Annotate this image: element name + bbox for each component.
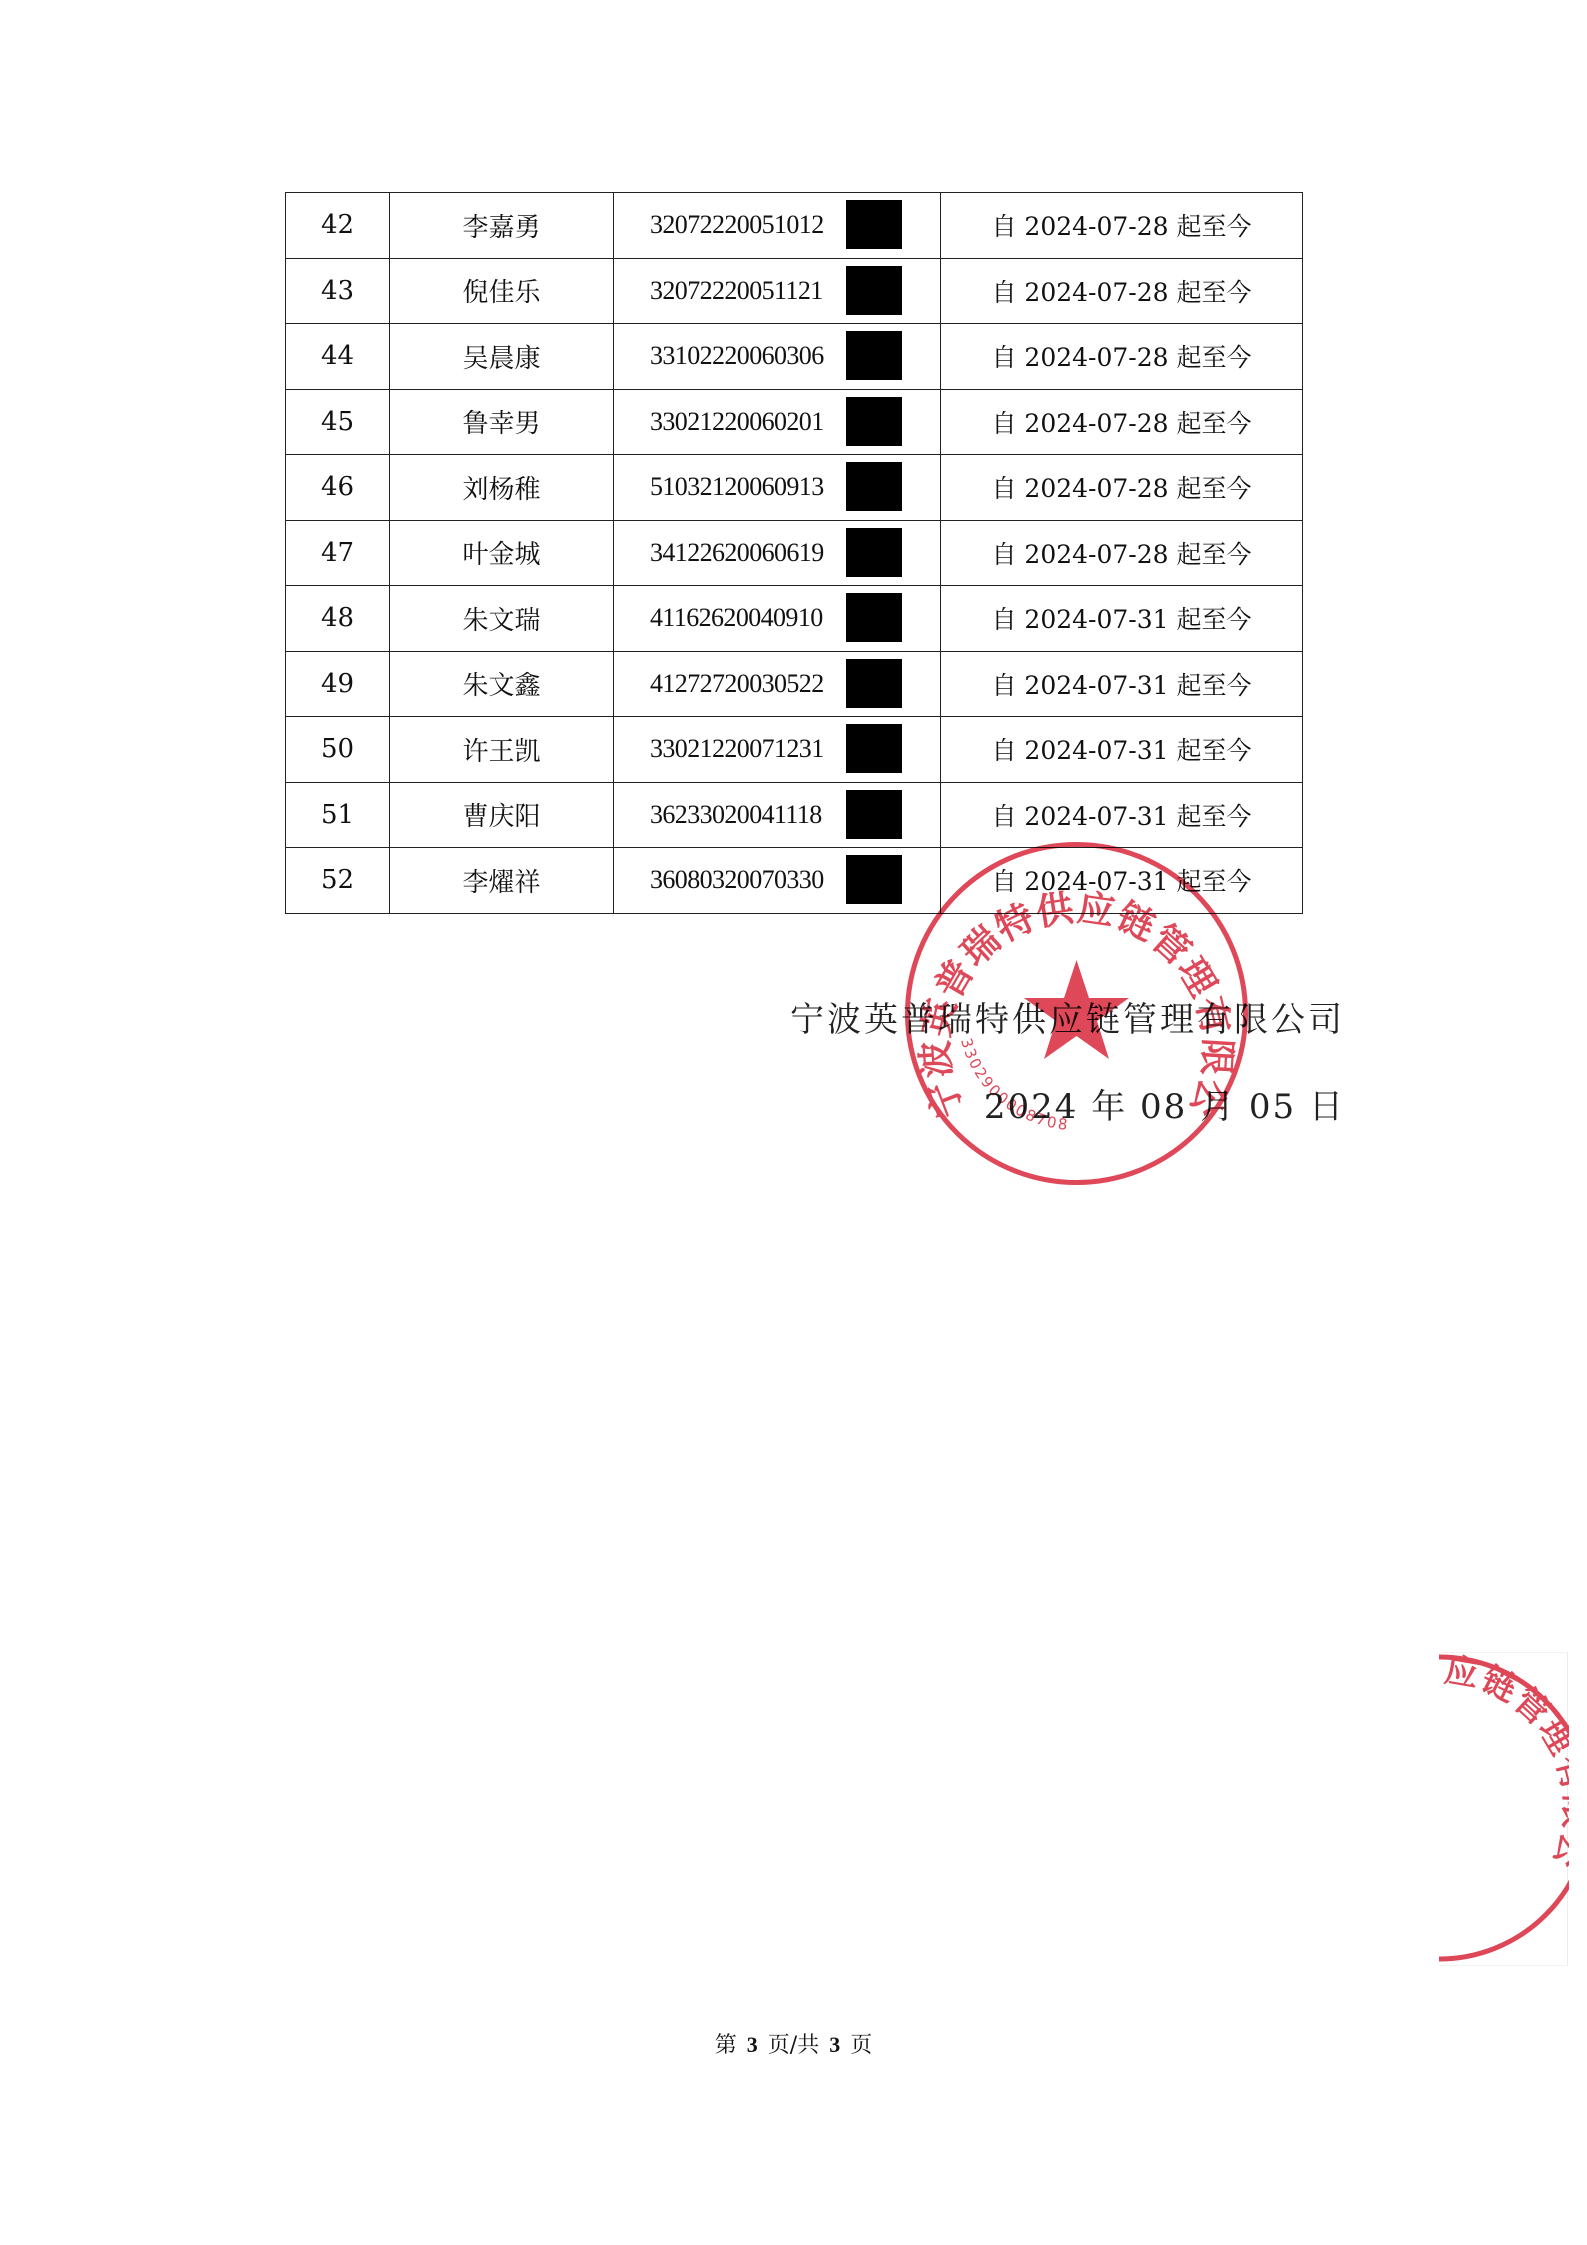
employee-name: 朱文鑫 xyxy=(390,651,614,717)
table-row: 51曹庆阳36233020041118自 2024-07-31 起至今 xyxy=(286,782,1303,848)
redaction-box xyxy=(846,200,902,249)
id-number-prefix: 36080320070330 xyxy=(650,865,824,894)
redaction-box xyxy=(846,724,902,773)
id-number-prefix: 33102220060306 xyxy=(650,341,824,370)
id-number: 51032120060913 xyxy=(614,455,941,521)
employment-period: 自 2024-07-31 起至今 xyxy=(941,782,1303,848)
redaction-box xyxy=(846,331,902,380)
id-number: 33102220060306 xyxy=(614,324,941,390)
company-signature: 宁波英普瑞特供应链管理有限公司 xyxy=(790,1003,1345,1037)
footer-prefix: 第 xyxy=(715,2033,737,2058)
table-row: 43倪佳乐32072220051121自 2024-07-28 起至今 xyxy=(286,258,1303,324)
id-number: 41272720030522 xyxy=(614,651,941,717)
id-number-prefix: 33021220060201 xyxy=(650,407,824,436)
id-number: 32072220051121 xyxy=(614,258,941,324)
id-number-prefix: 32072220051012 xyxy=(650,210,824,239)
row-number: 47 xyxy=(286,520,390,586)
employment-period: 自 2024-07-31 起至今 xyxy=(941,651,1303,717)
seam-seal-frame xyxy=(1439,1652,1568,1966)
redaction-box xyxy=(846,659,902,708)
employment-period: 自 2024-07-28 起至今 xyxy=(941,455,1303,521)
row-number: 42 xyxy=(286,193,390,259)
employment-period: 自 2024-07-31 起至今 xyxy=(941,848,1303,914)
employee-name: 鲁幸男 xyxy=(390,389,614,455)
row-number: 46 xyxy=(286,455,390,521)
employee-name: 倪佳乐 xyxy=(390,258,614,324)
employment-period: 自 2024-07-31 起至今 xyxy=(941,586,1303,652)
table-row: 52李燿祥36080320070330自 2024-07-31 起至今 xyxy=(286,848,1303,914)
row-number: 48 xyxy=(286,586,390,652)
id-number-prefix: 51032120060913 xyxy=(650,472,824,501)
table-row: 48朱文瑞41162620040910自 2024-07-31 起至今 xyxy=(286,586,1303,652)
id-number-prefix: 36233020041118 xyxy=(650,800,822,829)
employee-name: 朱文瑞 xyxy=(390,586,614,652)
table-row: 42李嘉勇32072220051012自 2024-07-28 起至今 xyxy=(286,193,1303,259)
row-number: 52 xyxy=(286,848,390,914)
id-number-prefix: 34122620060619 xyxy=(650,538,824,567)
current-page-number: 3 xyxy=(747,2032,758,2057)
id-number-prefix: 32072220051121 xyxy=(650,276,823,305)
employment-period: 自 2024-07-28 起至今 xyxy=(941,258,1303,324)
table-row: 49朱文鑫41272720030522自 2024-07-31 起至今 xyxy=(286,651,1303,717)
employee-name: 吴晨康 xyxy=(390,324,614,390)
id-number: 36080320070330 xyxy=(614,848,941,914)
table-row: 46刘杨稚51032120060913自 2024-07-28 起至今 xyxy=(286,455,1303,521)
employment-period: 自 2024-07-28 起至今 xyxy=(941,193,1303,259)
employment-period: 自 2024-07-28 起至今 xyxy=(941,324,1303,390)
redaction-box xyxy=(846,528,902,577)
id-number: 33021220071231 xyxy=(614,717,941,783)
employee-name: 曹庆阳 xyxy=(390,782,614,848)
table-row: 44吴晨康33102220060306自 2024-07-28 起至今 xyxy=(286,324,1303,390)
id-number-prefix: 41272720030522 xyxy=(650,669,824,698)
row-number: 50 xyxy=(286,717,390,783)
row-number: 51 xyxy=(286,782,390,848)
page-footer: 第3页/共3页 xyxy=(0,2028,1587,2059)
id-number: 32072220051012 xyxy=(614,193,941,259)
id-number-prefix: 33021220071231 xyxy=(650,734,824,763)
employee-name: 李嘉勇 xyxy=(390,193,614,259)
row-number: 49 xyxy=(286,651,390,717)
row-number: 44 xyxy=(286,324,390,390)
id-number: 33021220060201 xyxy=(614,389,941,455)
table-row: 47叶金城34122620060619自 2024-07-28 起至今 xyxy=(286,520,1303,586)
footer-middle: 页/共 xyxy=(768,2033,819,2058)
row-number: 43 xyxy=(286,258,390,324)
employee-name: 许王凯 xyxy=(390,717,614,783)
redaction-box xyxy=(846,593,902,642)
redaction-box xyxy=(846,790,902,839)
table-row: 50许王凯33021220071231自 2024-07-31 起至今 xyxy=(286,717,1303,783)
redaction-box xyxy=(846,462,902,511)
redaction-box xyxy=(846,397,902,446)
redaction-box xyxy=(846,266,902,315)
employee-roster-table: 42李嘉勇32072220051012自 2024-07-28 起至今43倪佳乐… xyxy=(285,192,1303,914)
employment-period: 自 2024-07-28 起至今 xyxy=(941,389,1303,455)
employee-name: 叶金城 xyxy=(390,520,614,586)
footer-suffix: 页 xyxy=(850,2033,872,2058)
id-number: 41162620040910 xyxy=(614,586,941,652)
id-number: 36233020041118 xyxy=(614,782,941,848)
id-number: 34122620060619 xyxy=(614,520,941,586)
signature-date: 2024 年 08 月 05 日 xyxy=(984,1090,1345,1124)
row-number: 45 xyxy=(286,389,390,455)
employment-period: 自 2024-07-28 起至今 xyxy=(941,520,1303,586)
employee-name: 刘杨稚 xyxy=(390,455,614,521)
roster-body: 42李嘉勇32072220051012自 2024-07-28 起至今43倪佳乐… xyxy=(286,193,1303,914)
table-row: 45鲁幸男33021220060201自 2024-07-28 起至今 xyxy=(286,389,1303,455)
employee-name: 李燿祥 xyxy=(390,848,614,914)
employment-period: 自 2024-07-31 起至今 xyxy=(941,717,1303,783)
redaction-box xyxy=(846,855,902,904)
id-number-prefix: 41162620040910 xyxy=(650,603,823,632)
total-page-number: 3 xyxy=(829,2032,840,2057)
